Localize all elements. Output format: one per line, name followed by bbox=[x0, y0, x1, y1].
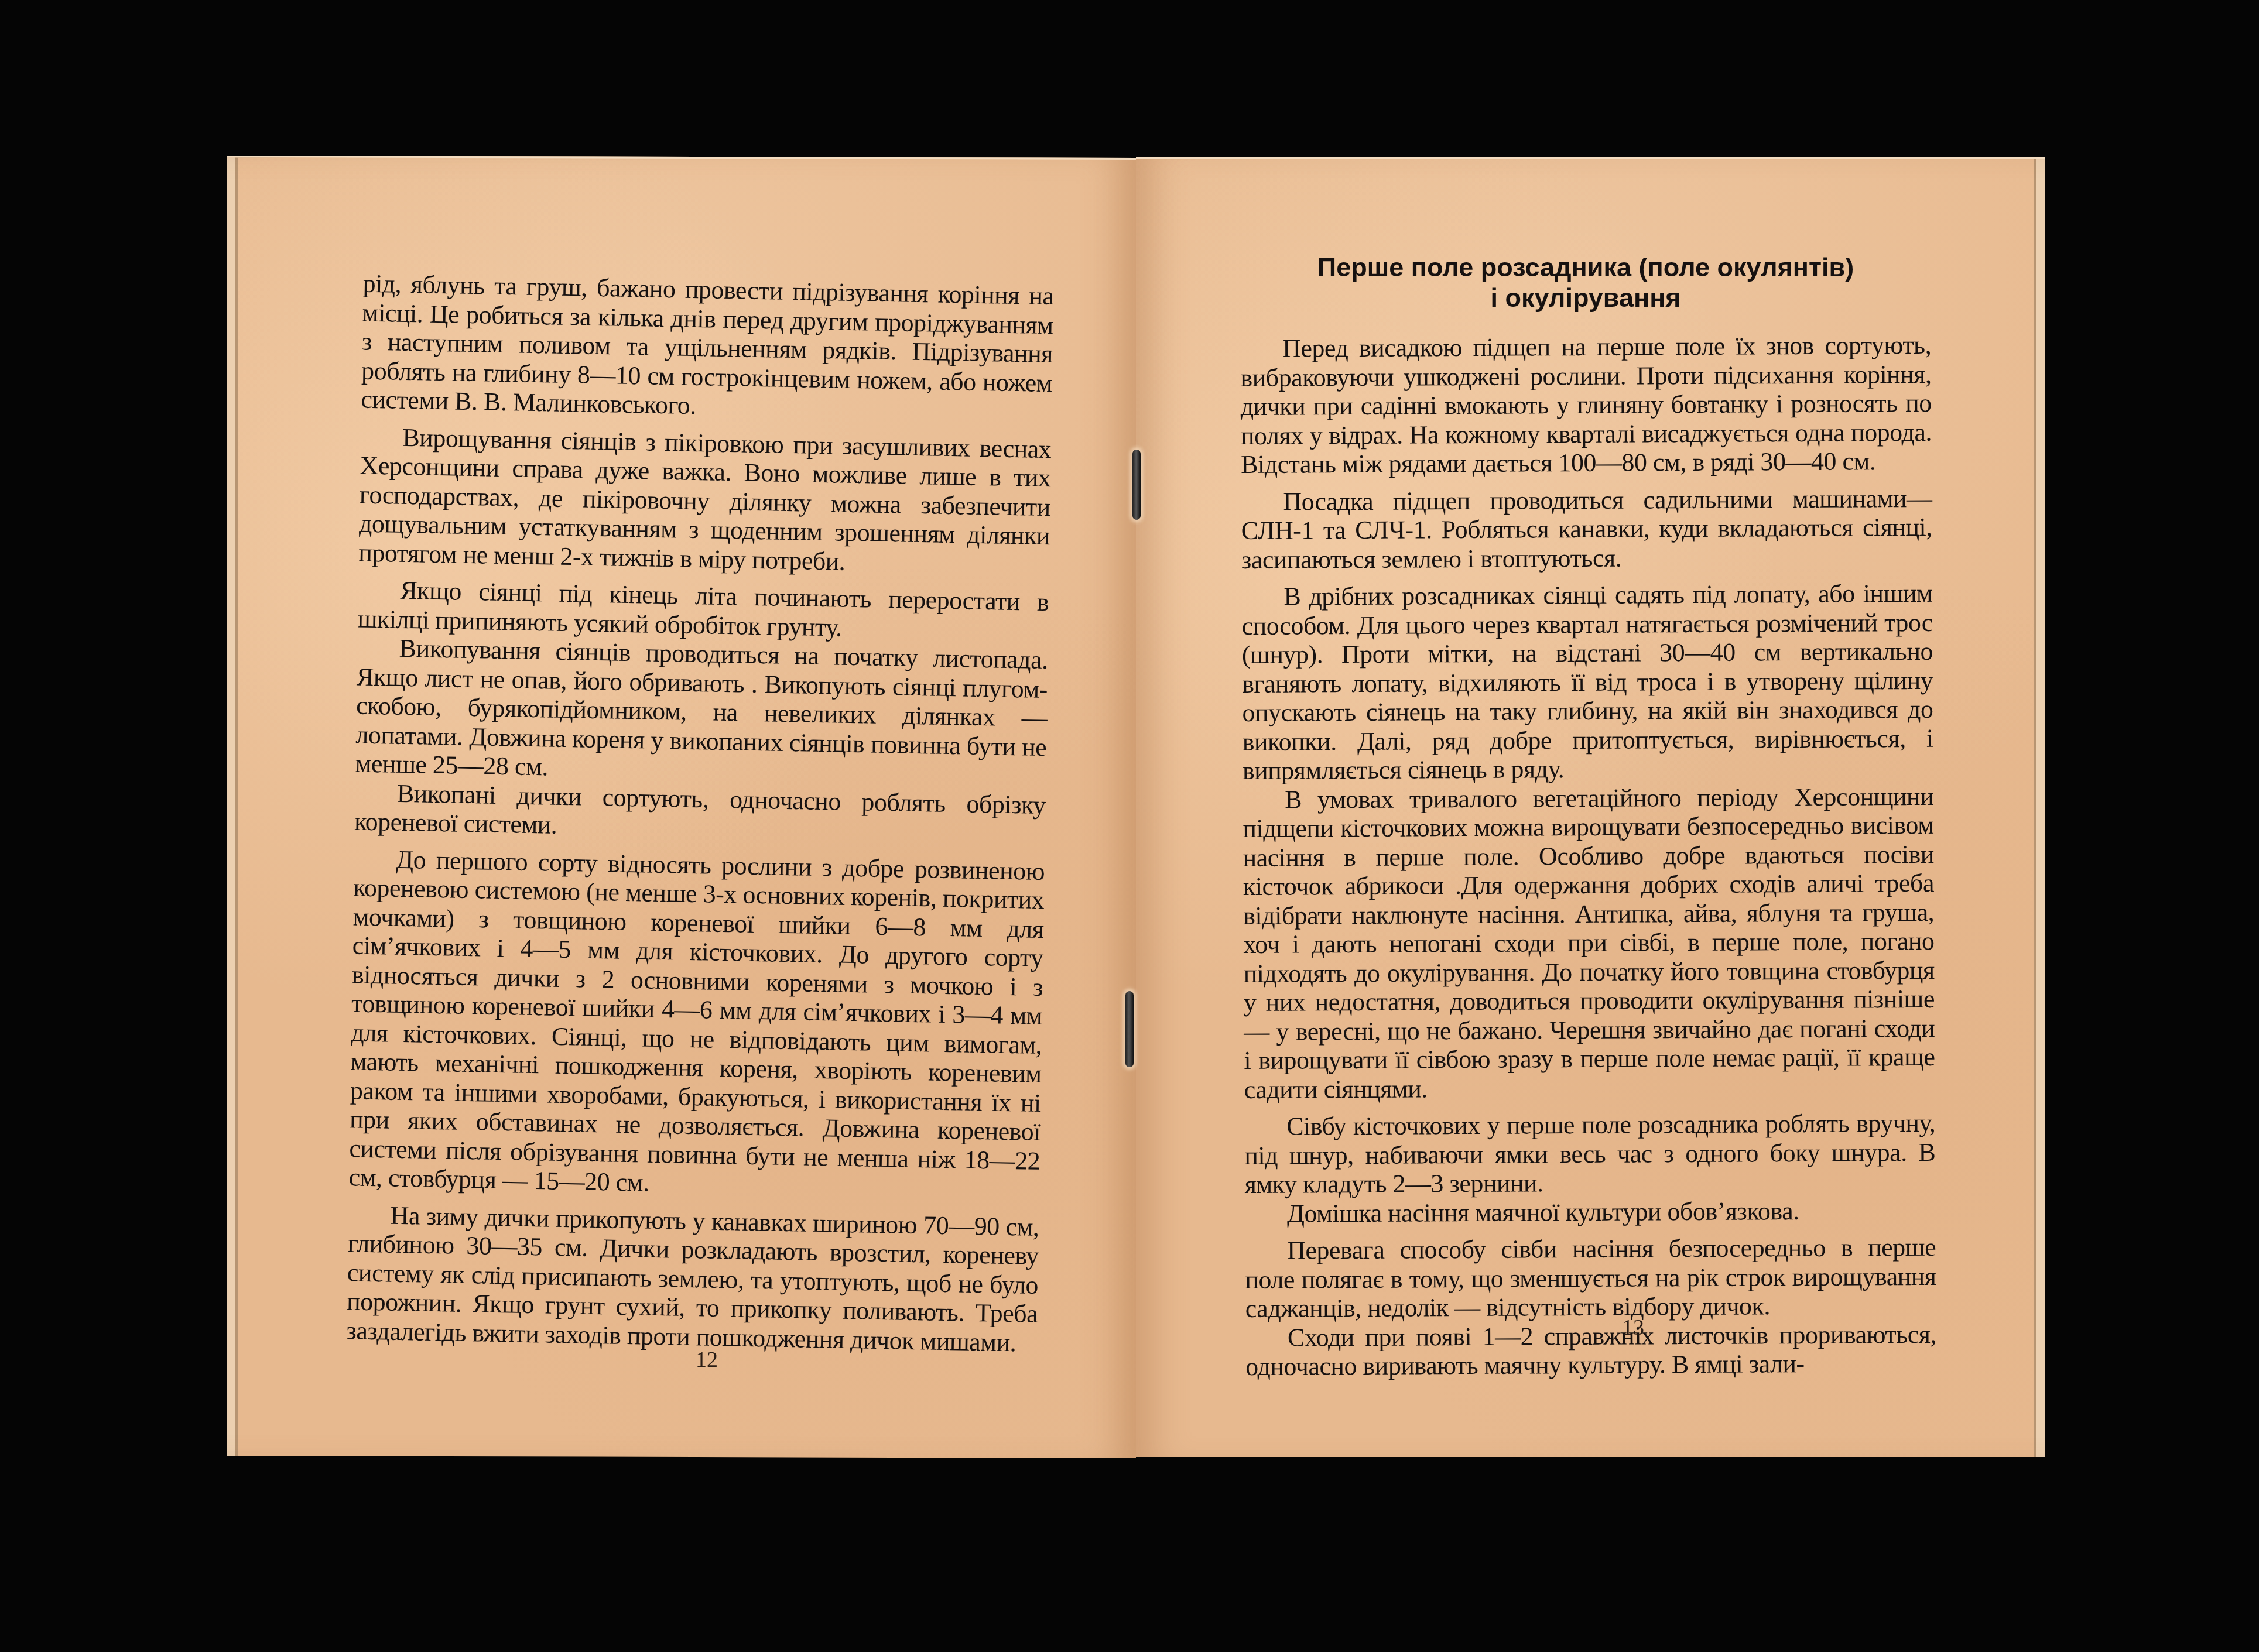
paragraph: В дрібних розсадниках сіянці садять під … bbox=[1241, 579, 1933, 786]
paragraph: Сівбу кісточкових у перше поле розсадник… bbox=[1244, 1109, 1936, 1199]
paragraph: Викопування сіянців проводиться на почат… bbox=[355, 633, 1048, 790]
paragraph: Посадка підщеп проводиться садильними ма… bbox=[1241, 484, 1932, 574]
paragraph: Сходи при появі 1—2 справжніх листочків … bbox=[1245, 1319, 1937, 1381]
paragraph: Викопані дички сортують, одночасно робля… bbox=[354, 778, 1046, 849]
left-page: рід, яблунь та груш, бажано провести під… bbox=[227, 156, 1136, 1458]
paragraph: На зиму дички прикопують у канавках шири… bbox=[346, 1200, 1039, 1358]
staple-top bbox=[1132, 450, 1141, 520]
heading-line: і окулірування bbox=[1240, 283, 1931, 313]
paragraph: До першого сорту відносять рослини з доб… bbox=[348, 844, 1045, 1205]
page-number: 12 bbox=[696, 1347, 718, 1373]
heading-line: Перше поле розсадника (поле окулянтів) bbox=[1240, 252, 1931, 283]
paragraph: Домішка насіння маячної культури обов’яз… bbox=[1245, 1195, 1936, 1228]
right-page-body: Перед висадкою підщеп на перше поле їх з… bbox=[1240, 331, 1936, 1390]
paragraph: Перевага способу сівби насіння безпосере… bbox=[1245, 1233, 1936, 1324]
staple-bottom bbox=[1125, 991, 1134, 1067]
page-number: 13 bbox=[1622, 1315, 1644, 1341]
section-heading: Перше поле розсадника (поле окулянтів) і… bbox=[1240, 252, 1931, 313]
left-page-body: рід, яблунь та груш, бажано провести під… bbox=[346, 269, 1054, 1366]
paragraph: рід, яблунь та груш, бажано провести під… bbox=[361, 269, 1054, 427]
right-page: Перше поле розсадника (поле окулянтів) і… bbox=[1136, 157, 2045, 1457]
paragraph: Перед висадкою підщеп на перше поле їх з… bbox=[1240, 331, 1932, 479]
paragraph: Вирощування сіянців з пікіровкою при зас… bbox=[358, 422, 1052, 580]
booklet-spread: рід, яблунь та груш, бажано провести під… bbox=[227, 157, 2045, 1455]
paragraph: В умовах тривалого вегетаційного періоду… bbox=[1243, 782, 1935, 1104]
